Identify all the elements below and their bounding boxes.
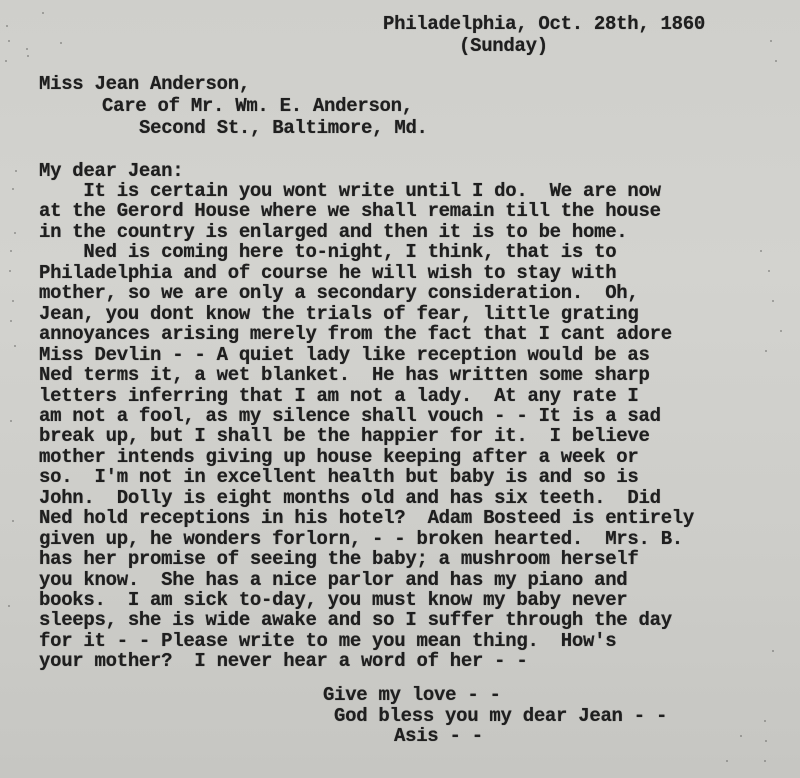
- body-line: Miss Devlin - - A quiet lady like recept…: [39, 345, 650, 365]
- body-line: am not a fool, as my silence shall vouch…: [39, 406, 661, 426]
- body-line: Philadelphia and of course he will wish …: [39, 263, 616, 283]
- body-line: break up, but I shall be the happier for…: [39, 426, 650, 446]
- salutation: My dear Jean:: [39, 161, 183, 181]
- body-line: It is certain you wont write until I do.…: [39, 181, 661, 201]
- paper-speck: [10, 320, 12, 322]
- body-line: Jean, you dont know the trials of fear, …: [39, 304, 639, 324]
- signature: Asis - -: [394, 726, 483, 746]
- body-line: mother, so we are only a secondary consi…: [39, 283, 639, 303]
- body-line: in the country is enlarged and then it i…: [39, 222, 627, 242]
- paper-speck: [775, 60, 777, 62]
- paper-speck: [9, 270, 11, 272]
- body-line: books. I am sick to-day, you must know m…: [39, 590, 627, 610]
- paper-speck: [770, 40, 772, 42]
- paper-speck: [765, 740, 767, 742]
- paper-speck: [8, 40, 10, 42]
- paper-speck: [10, 250, 12, 252]
- body-line: Ned is coming here to-night, I think, th…: [39, 242, 616, 262]
- body-line: letters inferring that I am not a lady. …: [39, 386, 639, 406]
- heading-place-date: Philadelphia, Oct. 28th, 1860: [383, 14, 705, 34]
- body-line: given up, he wonders forlorn, - - broken…: [39, 529, 683, 549]
- paper-speck: [726, 760, 728, 762]
- body-line: at the Gerord House where we shall remai…: [39, 201, 661, 221]
- paper-speck: [740, 735, 742, 737]
- paper-speck: [15, 170, 17, 172]
- body-line: mother intends giving up house keeping a…: [39, 447, 639, 467]
- paper-speck: [14, 232, 16, 234]
- paper-speck: [12, 300, 14, 302]
- paper-speck: [760, 250, 762, 252]
- body-line: so. I'm not in excellent health but baby…: [39, 467, 639, 487]
- heading-day: (Sunday): [459, 36, 548, 56]
- body-line: John. Dolly is eight months old and has …: [39, 488, 661, 508]
- paper-speck: [768, 270, 770, 272]
- paper-speck: [14, 345, 16, 347]
- letter-page: Philadelphia, Oct. 28th, 1860 (Sunday) M…: [0, 0, 800, 778]
- paper-speck: [10, 420, 12, 422]
- body-line: for it - - Please write to me you mean t…: [39, 631, 616, 651]
- body-line: has her promise of seeing the baby; a mu…: [39, 549, 639, 569]
- address-recipient: Miss Jean Anderson,: [39, 74, 250, 94]
- body-line: your mother? I never hear a word of her …: [39, 651, 527, 671]
- paper-speck: [765, 350, 767, 352]
- paper-speck: [8, 605, 10, 607]
- paper-speck: [6, 25, 8, 27]
- paper-speck: [5, 60, 7, 62]
- closing-god-bless: God bless you my dear Jean - -: [334, 706, 667, 726]
- paper-speck: [764, 720, 766, 722]
- paper-speck: [772, 300, 774, 302]
- paper-speck: [42, 12, 44, 14]
- paper-speck: [764, 760, 766, 762]
- paper-speck: [27, 55, 29, 57]
- body-line: Ned terms it, a wet blanket. He has writ…: [39, 365, 650, 385]
- paper-speck: [12, 188, 14, 190]
- body-line: Ned hold receptions in his hotel? Adam B…: [39, 508, 694, 528]
- address-street-city: Second St., Baltimore, Md.: [139, 118, 428, 138]
- paper-speck: [26, 48, 28, 50]
- body-line: sleeps, she is wide awake and so I suffe…: [39, 610, 672, 630]
- closing-give-my-love: Give my love - -: [323, 685, 501, 705]
- body-line: you know. She has a nice parlor and has …: [39, 570, 627, 590]
- paper-speck: [772, 650, 774, 652]
- paper-speck: [12, 520, 14, 522]
- paper-speck: [780, 330, 782, 332]
- paper-speck: [60, 42, 62, 44]
- address-care-of: Care of Mr. Wm. E. Anderson,: [102, 96, 413, 116]
- body-line: annoyances arising merely from the fact …: [39, 324, 672, 344]
